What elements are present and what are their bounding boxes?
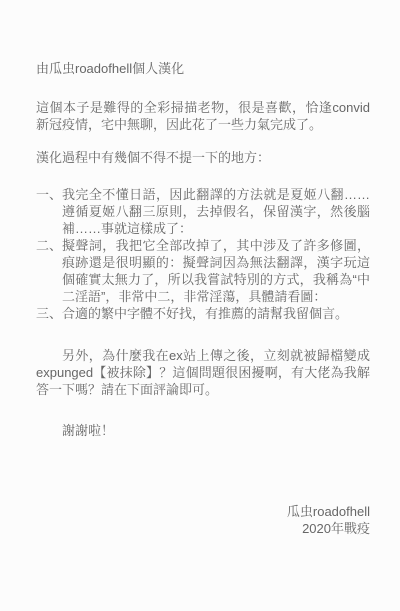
credits-block: 瓜虫roadofhell 2020年戰疫 [36,503,370,537]
list-item: 三、 合適的繁中字體不好找，有推薦的請幫我留個言。 [36,305,370,322]
list-item-marker: 三、 [36,305,62,322]
translator-note-page: 由瓜虫roadofhell個人漢化 這個本子是難得的全彩掃描老物，很是喜歡，恰逢… [0,0,400,611]
list-item-text: 我完全不懂日語，因此翻譯的方法就是夏姬八翻……遵循夏姬八翻三原則，去掉假名，保留… [62,186,370,237]
notes-header: 漢化過程中有幾個不得不提一下的地方： [36,149,370,166]
signature: 瓜虫roadofhell [36,503,370,520]
list-item: 一、 我完全不懂日語，因此翻譯的方法就是夏姬八翻……遵循夏姬八翻三原則，去掉假名… [36,186,370,237]
thanks-line: 謝謝啦！ [36,422,370,439]
list-item-text: 合適的繁中字體不好找，有推薦的請幫我留個言。 [62,305,370,322]
notes-list: 一、 我完全不懂日語，因此翻譯的方法就是夏姬八翻……遵循夏姬八翻三原則，去掉假名… [36,186,370,322]
page-title: 由瓜虫roadofhell個人漢化 [36,60,370,77]
list-item-marker: 二、 [36,237,62,254]
date-line: 2020年戰疫 [36,520,370,537]
list-item: 二、 擬聲詞，我把它全部改掉了，其中涉及了許多修圖，痕跡還是很明顯的：擬聲詞因為… [36,237,370,305]
list-item-marker: 一、 [36,186,62,203]
list-item-text: 擬聲詞，我把它全部改掉了，其中涉及了許多修圖，痕跡還是很明顯的：擬聲詞因為無法翻… [62,237,370,305]
postscript-paragraph: 另外，為什麼我在ex站上傳之後，立刻就被歸檔變成expunged【被抹除】？這個… [36,347,370,398]
intro-paragraph: 這個本子是難得的全彩掃描老物，很是喜歡，恰逢convid新冠疫情，宅中無聊，因此… [36,99,370,133]
